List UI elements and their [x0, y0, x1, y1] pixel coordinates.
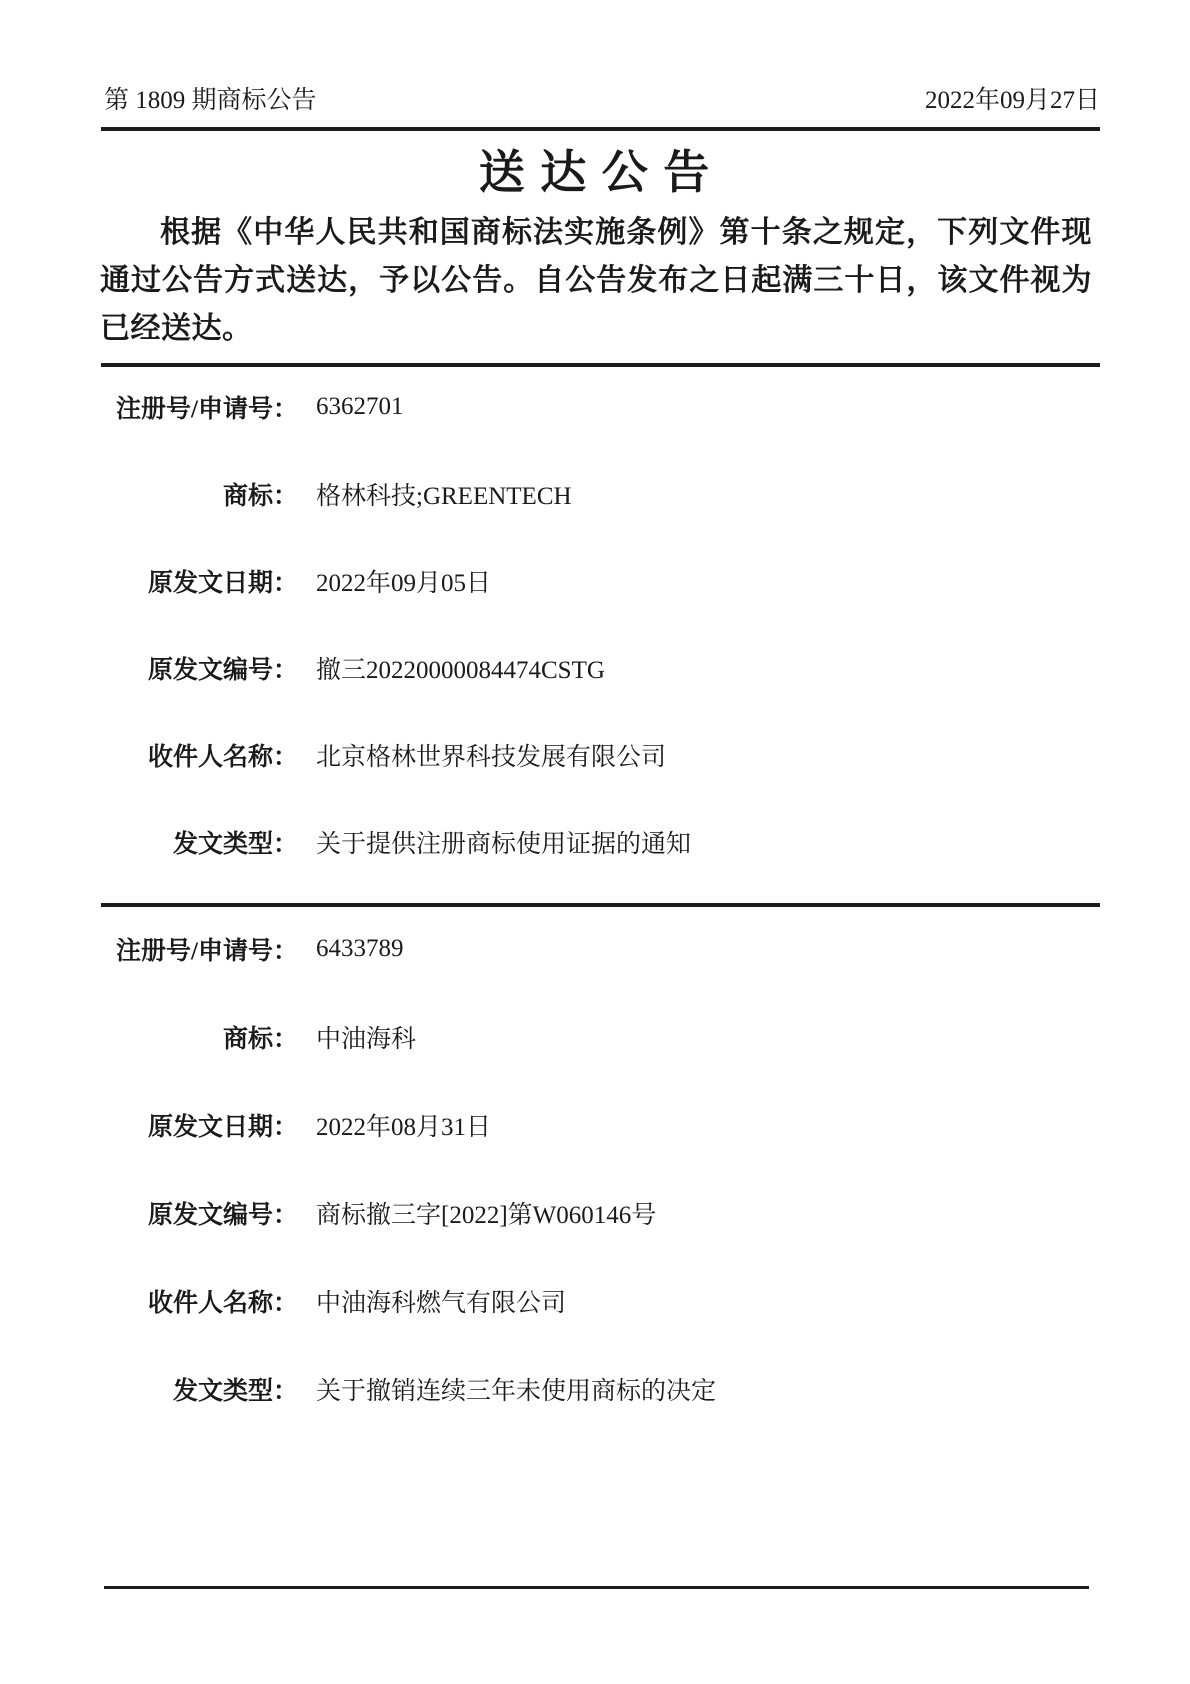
field-value: 中油海科 — [298, 1019, 416, 1055]
field-value: 中油海科燃气有限公司 — [298, 1283, 566, 1319]
field-row-original-issue-date: 原发文日期： 2022年08月31日 — [0, 1081, 1190, 1169]
field-label: 商标： — [0, 476, 298, 512]
field-row-original-issue-date: 原发文日期： 2022年09月05日 — [0, 537, 1190, 624]
field-row-original-document-number: 原发文编号： 商标撤三字[2022]第W060146号 — [0, 1169, 1190, 1257]
page-bottom-divider — [104, 1586, 1089, 1589]
field-value: 商标撤三字[2022]第W060146号 — [298, 1195, 656, 1231]
field-value: 2022年08月31日 — [298, 1107, 491, 1143]
field-row-original-document-number: 原发文编号： 撤三20220000084474CSTG — [0, 624, 1190, 711]
page-header: 第 1809 期商标公告 2022年09月27日 — [104, 86, 1100, 116]
field-label: 原发文日期： — [0, 563, 298, 599]
field-label: 原发文日期： — [0, 1107, 298, 1143]
field-label: 收件人名称： — [0, 1283, 298, 1319]
field-row-registration-number: 注册号/申请号： 6362701 — [0, 363, 1190, 450]
field-value: 撤三20220000084474CSTG — [298, 650, 605, 686]
field-row-document-type: 发文类型： 关于撤销连续三年未使用商标的决定 — [0, 1345, 1190, 1433]
field-row-recipient-name: 收件人名称： 北京格林世界科技发展有限公司 — [0, 711, 1190, 798]
field-row-recipient-name: 收件人名称： 中油海科燃气有限公司 — [0, 1257, 1190, 1345]
field-value: 2022年09月05日 — [298, 563, 491, 599]
field-label: 原发文编号： — [0, 650, 298, 686]
field-label: 商标： — [0, 1019, 298, 1055]
field-row-document-type: 发文类型： 关于提供注册商标使用证据的通知 — [0, 798, 1190, 885]
intro-paragraph: 根据《中华人民共和国商标法实施条例》第十条之规定，下列文件现通过公告方式送达，予… — [100, 209, 1092, 353]
field-label: 原发文编号： — [0, 1195, 298, 1231]
field-value: 6433789 — [298, 935, 404, 963]
page-title: 送 达 公 告 — [0, 146, 1190, 200]
field-value: 北京格林世界科技发展有限公司 — [298, 737, 666, 773]
field-label: 发文类型： — [0, 824, 298, 860]
record-2: 注册号/申请号： 6433789 商标： 中油海科 原发文日期： 2022年08… — [0, 905, 1190, 1433]
field-value: 关于提供注册商标使用证据的通知 — [298, 824, 691, 860]
field-row-registration-number: 注册号/申请号： 6433789 — [0, 905, 1190, 993]
field-value: 6362701 — [298, 393, 404, 421]
header-divider — [101, 127, 1100, 131]
field-label: 发文类型： — [0, 1371, 298, 1407]
field-label: 收件人名称： — [0, 737, 298, 773]
gazette-date: 2022年09月27日 — [925, 86, 1100, 116]
field-row-trademark: 商标： 格林科技;GREENTECH — [0, 450, 1190, 537]
field-row-trademark: 商标： 中油海科 — [0, 993, 1190, 1081]
record-1: 注册号/申请号： 6362701 商标： 格林科技;GREENTECH 原发文日… — [0, 363, 1190, 885]
field-label: 注册号/申请号： — [0, 389, 298, 425]
gazette-issue-label: 第 1809 期商标公告 — [104, 86, 317, 116]
field-label: 注册号/申请号： — [0, 931, 298, 967]
gazette-page: 第 1809 期商标公告 2022年09月27日 送 达 公 告 根据《中华人民… — [0, 0, 1190, 1684]
field-value: 格林科技;GREENTECH — [298, 476, 572, 512]
field-value: 关于撤销连续三年未使用商标的决定 — [298, 1371, 716, 1407]
